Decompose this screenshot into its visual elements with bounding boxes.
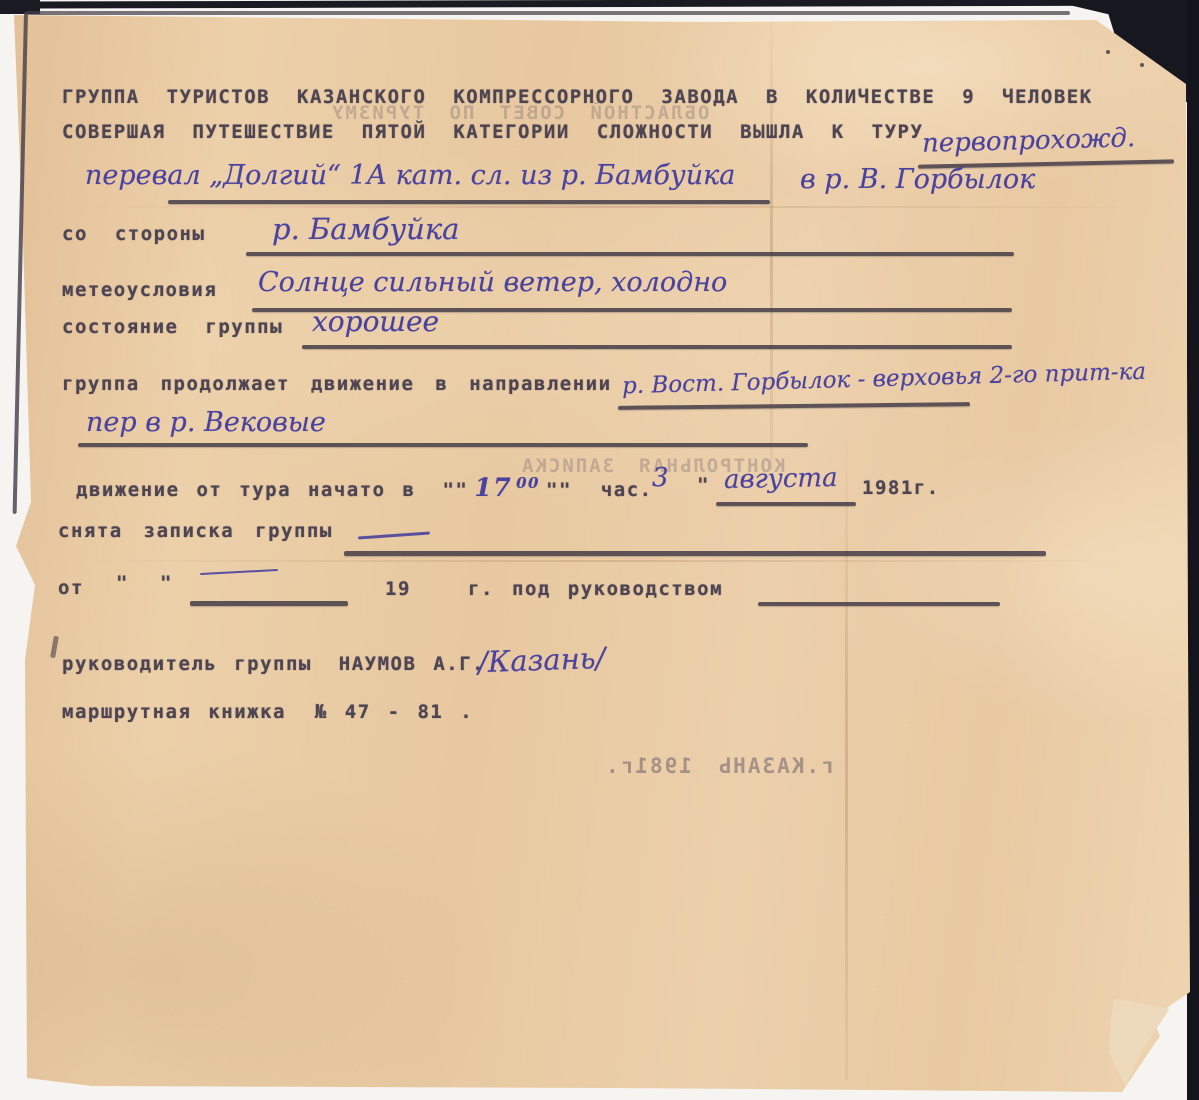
from-label: от bbox=[58, 577, 84, 599]
paper-crease bbox=[845, 430, 848, 1080]
form-blank-line bbox=[246, 252, 1014, 256]
form-blank-line bbox=[344, 551, 1046, 556]
scanned-document: ОБЛАСТНОЙ СОВЕТ ПО ТУРИЗМУ КОНТРОЛЬНАЯ З… bbox=[0, 0, 1199, 1100]
book-label: маршрутная книжка bbox=[62, 701, 286, 723]
leader-label: руководитель группы bbox=[62, 653, 312, 675]
leader-row: руководитель группы НАУМОВ А.Г. bbox=[62, 653, 485, 675]
from-year: 19 bbox=[385, 578, 411, 600]
departure-hours: 17 bbox=[474, 473, 512, 502]
form-blank-line bbox=[190, 601, 348, 606]
departure-day-quote: " bbox=[697, 474, 710, 496]
note-label: снята записка группы bbox=[58, 520, 333, 542]
route-handwritten-tail: в р. В. Горбылок bbox=[800, 164, 1035, 195]
paper-speck bbox=[1106, 50, 1110, 54]
ghost-imprint-bottom: г.КАЗАНЬ 1981г. bbox=[604, 754, 834, 778]
form-top-rule bbox=[26, 11, 1070, 15]
header-line2: СОВЕРШАЯ ПУТЕШЕСТВИЕ ПЯТОЙ КАТЕГОРИИ СЛО… bbox=[62, 121, 923, 143]
group-state-value: хорошее bbox=[312, 305, 439, 338]
leader-city-handwritten: /Казань/ bbox=[477, 641, 605, 679]
weather-value: Солнце сильный ветер, холодно bbox=[258, 267, 727, 298]
header-line1: ГРУППА ТУРИСТОВ КАЗАНСКОГО КОМПРЕССОРНОГ… bbox=[62, 86, 1093, 108]
departure-label: движение от тура начато в bbox=[76, 479, 415, 501]
departure-row: движение от тура начато в ""1700"" час. bbox=[76, 473, 653, 502]
group-state-label: состояние группы bbox=[62, 316, 283, 338]
weather-label: метеоусловия bbox=[62, 279, 217, 301]
header-line2-handwritten: первопрохожд. bbox=[922, 123, 1136, 159]
paper-speck bbox=[1140, 63, 1144, 67]
departure-year: 1981г. bbox=[862, 477, 940, 499]
from-leader-label: под руководством bbox=[512, 578, 723, 600]
from-side-value: р. Бамбуйка bbox=[272, 212, 459, 246]
scanner-dark-top-edge bbox=[34, 0, 1199, 9]
paper-crease bbox=[60, 206, 1160, 208]
direction-value2: пер в р. Вековые bbox=[86, 407, 326, 438]
departure-minutes: 00 bbox=[516, 474, 540, 492]
from-year-suffix: г. bbox=[468, 578, 494, 600]
departure-quotes-open: "" bbox=[442, 479, 468, 501]
from-quote1: " bbox=[116, 572, 129, 594]
form-blank-line bbox=[302, 345, 1012, 349]
form-blank-line bbox=[716, 502, 856, 506]
form-blank-line bbox=[758, 602, 1000, 606]
direction-label: группа продолжает движение в направлении bbox=[62, 373, 612, 395]
form-blank-line bbox=[168, 200, 770, 204]
departure-day: 3 bbox=[652, 463, 669, 493]
departure-month: августа bbox=[724, 463, 838, 495]
form-blank-line bbox=[78, 443, 808, 447]
paper-crease bbox=[80, 560, 1140, 562]
paper-crease bbox=[770, 10, 773, 470]
leader-name: НАУМОВ А.Г. bbox=[339, 653, 485, 675]
from-quote2: " bbox=[160, 572, 173, 594]
departure-hours-unit: час. bbox=[601, 479, 653, 501]
from-side-label: со стороны bbox=[62, 223, 205, 245]
route-handwritten: перевал „Долгий“ 1А кат. сл. из р. Бамбу… bbox=[85, 160, 735, 191]
book-number: № 47 - 81 . bbox=[315, 701, 473, 723]
departure-quotes-close: "" bbox=[546, 479, 572, 501]
route-book-row: маршрутная книжка № 47 - 81 . bbox=[62, 701, 473, 723]
